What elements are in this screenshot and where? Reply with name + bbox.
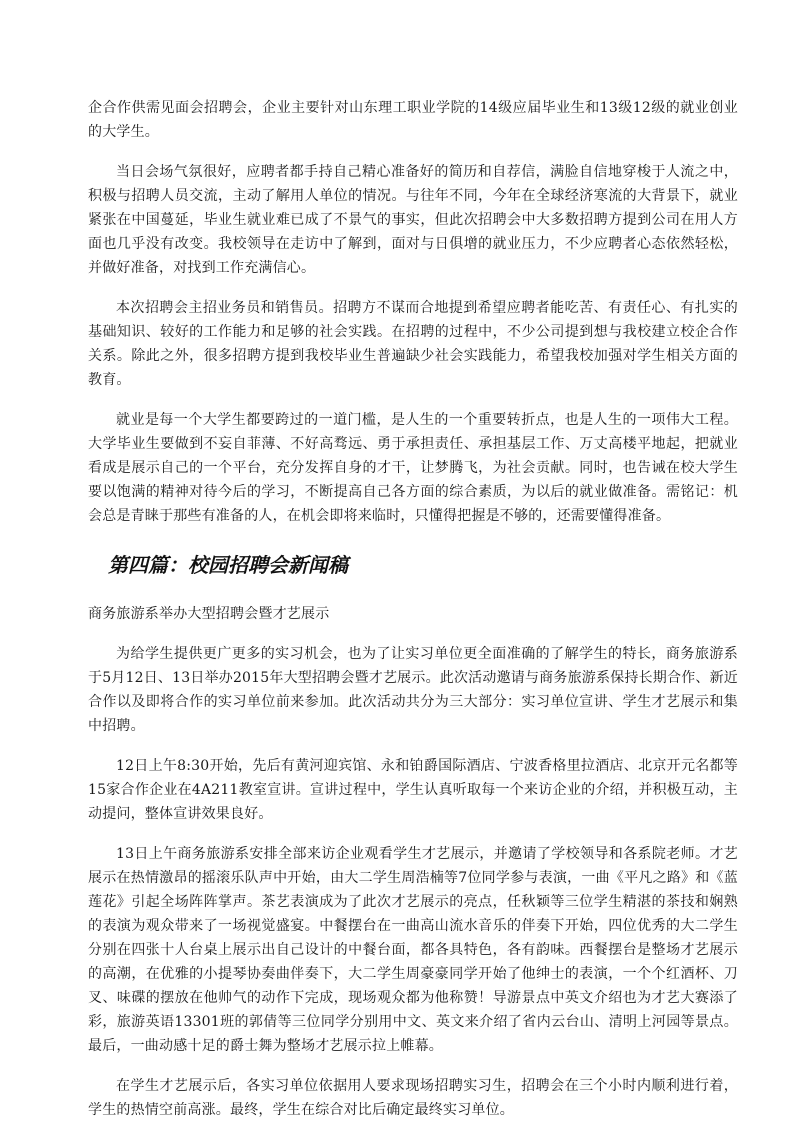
article-subtitle: 商务旅游系举办大型招聘会暨才艺展示 — [88, 602, 738, 626]
paragraph: 12日上午8:30开始，先后有黄河迎宾馆、永和铂爵国际酒店、宁波香格里拉酒店、北… — [88, 754, 738, 826]
paragraph: 13日上午商务旅游系安排全部来访企业观看学生才艺展示，并邀请了学校领导和各系院老… — [88, 842, 738, 1058]
paragraph: 在学生才艺展示后，各实习单位依据用人要求现场招聘实习生，招聘会在三个小时内顺利进… — [88, 1074, 738, 1122]
paragraph: 本次招聘会主招业务员和销售员。招聘方不谋而合地提到希望应聘者能吃苦、有责任心、有… — [88, 296, 738, 392]
paragraph: 为给学生提供更广更多的实习机会，也为了让实习单位更全面准确的了解学生的特长，商务… — [88, 642, 738, 738]
paragraph: 就业是每一个大学生都要跨过的一道门槛，是人生的一个重要转折点，也是人生的一项伟大… — [88, 408, 738, 528]
document-page: 企合作供需见面会招聘会，企业主要针对山东理工职业学院的14级应届毕业生和13级1… — [88, 96, 738, 1122]
paragraph-continuation: 企合作供需见面会招聘会，企业主要针对山东理工职业学院的14级应届毕业生和13级1… — [88, 96, 738, 144]
section-heading: 第四篇：校园招聘会新闻稿 — [88, 550, 738, 580]
paragraph: 当日会场气氛很好，应聘者都手持自己精心准备好的简历和自荐信，满脸自信地穿梭于人流… — [88, 160, 738, 280]
